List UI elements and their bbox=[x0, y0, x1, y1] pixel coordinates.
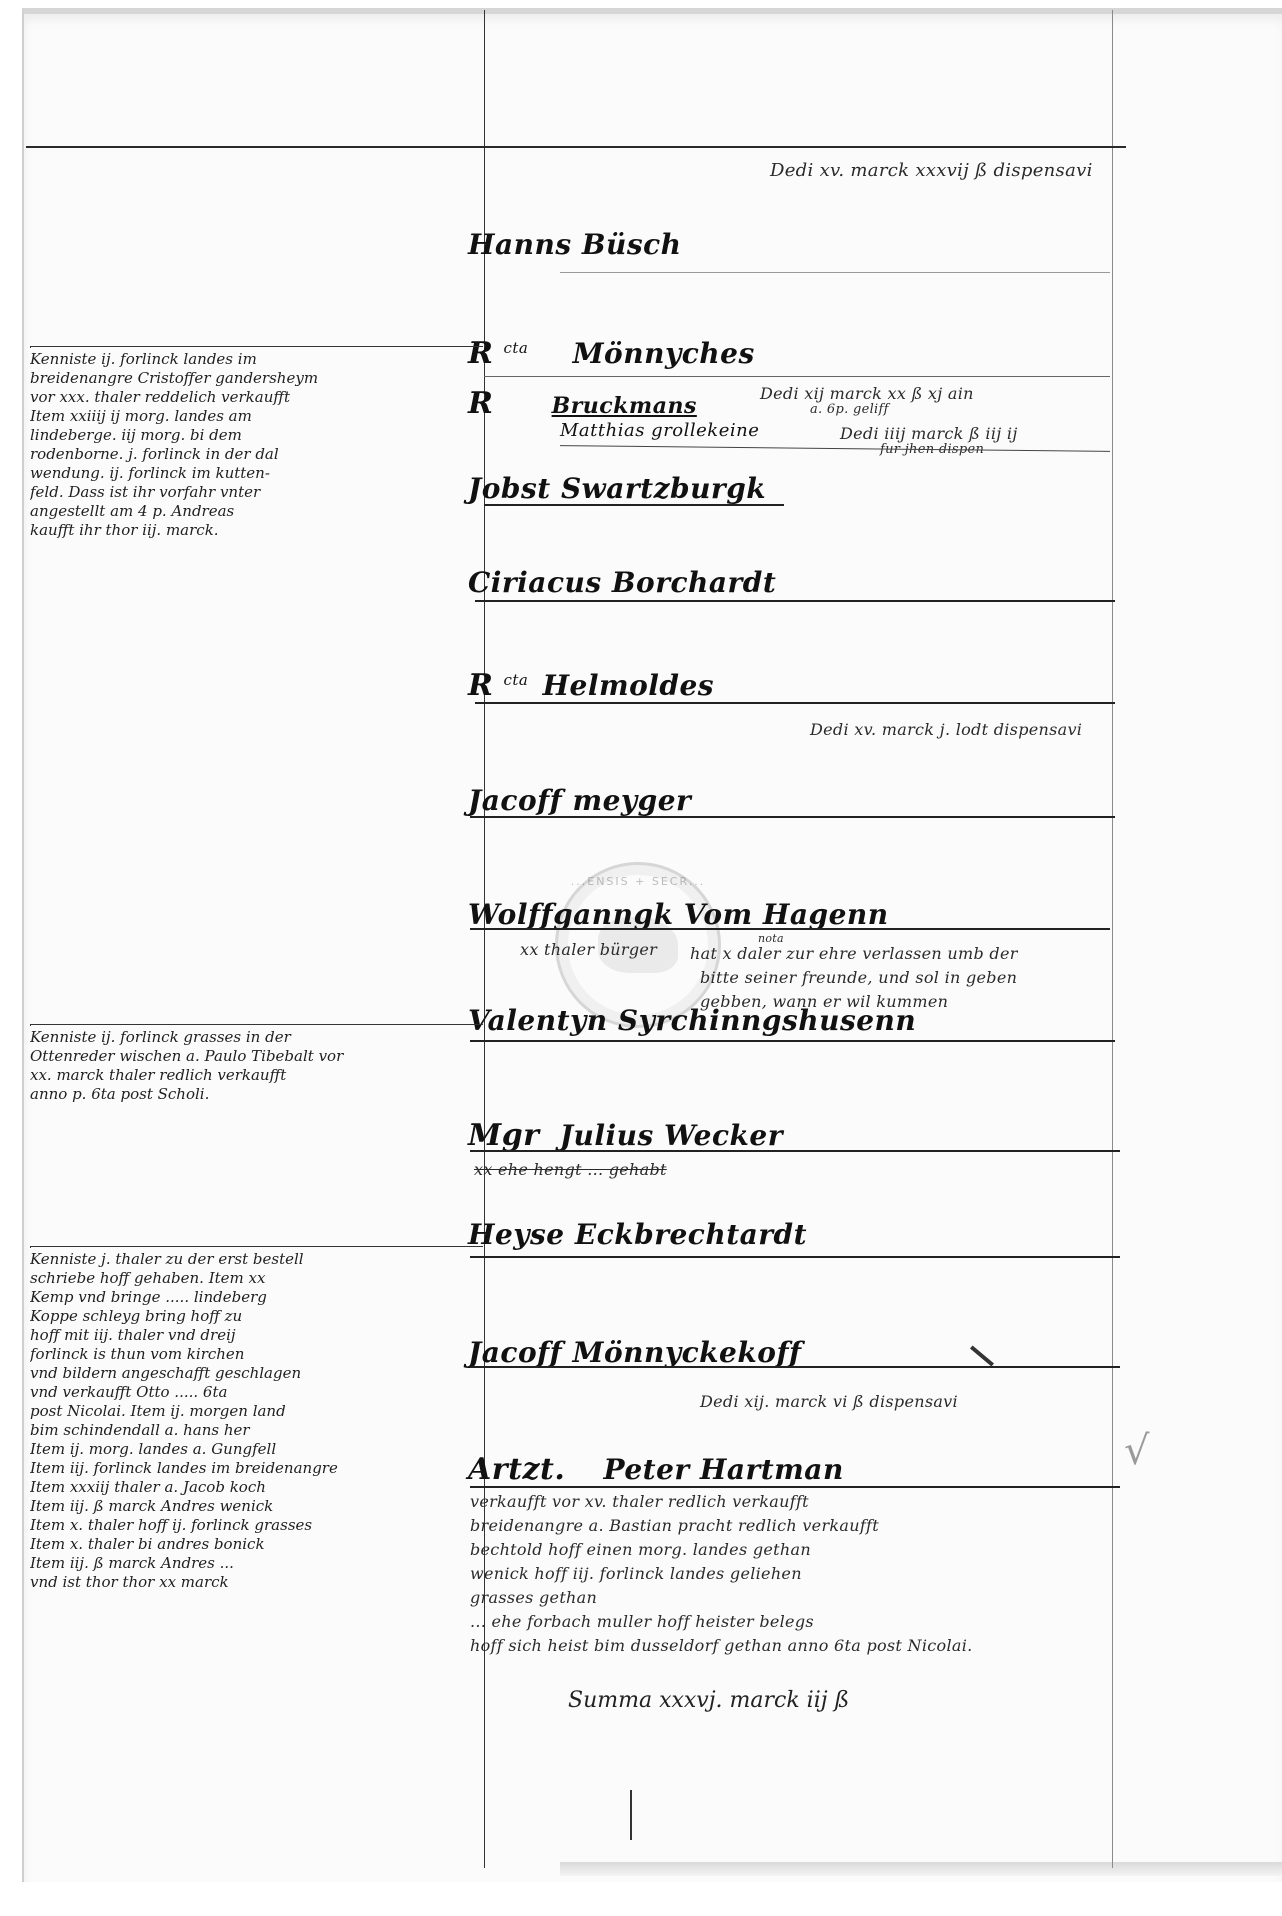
entry-name: Heyse Eckbrechtardt bbox=[468, 1218, 807, 1251]
margin-note-line: forlinck is thun vom kirchen bbox=[30, 1345, 490, 1364]
margin-note-line: Item iij. forlinck landes im breidenangr… bbox=[30, 1459, 490, 1478]
margin-note-rule bbox=[30, 1246, 483, 1248]
archive-stamp-text: ...ENSIS + SECR... bbox=[558, 875, 718, 888]
entry-name: Rcta Helmoldes bbox=[468, 668, 714, 703]
entry-note: Dedi xij marck xx ß xj ain bbox=[760, 384, 974, 403]
margin-note-line: vnd verkaufft Otto ..... 6ta bbox=[30, 1383, 490, 1402]
bottom-entry-line: ... ehe forbach muller hoff heister bele… bbox=[470, 1612, 814, 1631]
margin-note-line: hoff mit iij. thaler vnd dreij bbox=[30, 1326, 490, 1345]
entry-name-text: Valentyn Syrchinngshusenn bbox=[468, 1004, 916, 1037]
margin-note-line: schriebe hoff gehaben. Item xx bbox=[30, 1269, 490, 1288]
entry-name-text: Jacoff meyger bbox=[468, 784, 691, 817]
margin-note-line: Item ij. morg. landes a. Gungfell bbox=[30, 1440, 490, 1459]
entry-underline bbox=[470, 1040, 1115, 1042]
entry-name-text: Julius Wecker bbox=[560, 1119, 783, 1152]
entry-name-text: Matthias grollekeine bbox=[560, 420, 759, 441]
margin-note-line: rodenborne. j. forlinck in der dal bbox=[30, 445, 490, 464]
margin-note-line: Ottenreder wischen a. Paulo Tibebalt vor bbox=[30, 1047, 490, 1066]
margin-note-line: angestellt am 4 p. Andreas bbox=[30, 502, 490, 521]
margin-note-line: breidenangre Cristoffer gandersheym bbox=[30, 369, 490, 388]
entry-prefix: Mgr bbox=[468, 1118, 540, 1153]
margin-note-line: Item xxiiij ij morg. landes am bbox=[30, 407, 490, 426]
margin-note-line: Item x. thaler bi andres bonick bbox=[30, 1535, 490, 1554]
entry-underline bbox=[470, 928, 1110, 930]
entry-underline bbox=[470, 816, 1115, 818]
entry-name-text: Heyse Eckbrechtardt bbox=[468, 1218, 807, 1251]
entry-prefix-sup: cta bbox=[503, 339, 528, 357]
entry-underline bbox=[470, 1366, 1120, 1368]
entry-note: Dedi iiij marck ß iij ij bbox=[840, 424, 1018, 443]
margin-note-3: Kenniste j. thaler zu der erst bestell s… bbox=[30, 1250, 490, 1592]
check-mark-icon: √ bbox=[1124, 1428, 1150, 1474]
entry-name-text: Helmoldes bbox=[543, 669, 715, 702]
entry-underline bbox=[470, 1486, 1120, 1488]
entry-note-struck: xx ehe hengt ... gehabt bbox=[474, 1160, 667, 1179]
entry-name-text: Mönnyches bbox=[573, 337, 755, 370]
entry-name: Jacoff Mönnyckekoff bbox=[468, 1336, 802, 1369]
entry-underline bbox=[484, 376, 1110, 377]
margin-note-line: Item iij. ß marck Andres wenick bbox=[30, 1497, 490, 1516]
margin-note-1: Kenniste ij. forlinck landes im breidena… bbox=[30, 350, 490, 540]
margin-note-line: lindeberge. iij morg. bi dem bbox=[30, 426, 490, 445]
entry-underline bbox=[470, 1256, 1120, 1258]
entry-name: Artzt. Peter Hartman bbox=[468, 1452, 844, 1487]
entry-name: Matthias grollekeine bbox=[560, 420, 759, 441]
column-rule-right bbox=[1112, 10, 1113, 1868]
entry-name: Hanns Büsch bbox=[468, 228, 682, 261]
margin-note-line: kaufft ihr thor iij. marck. bbox=[30, 521, 490, 540]
margin-note-line: Kemp vnd bringe ..... lindeberg bbox=[30, 1288, 490, 1307]
bottom-entry-line: bechtold hoff einen morg. landes gethan bbox=[470, 1540, 811, 1559]
header-rule bbox=[26, 146, 1126, 148]
entry-underline bbox=[560, 272, 1110, 273]
entry-underline bbox=[475, 600, 1115, 602]
margin-note-line: Item iij. ß marck Andres ... bbox=[30, 1554, 490, 1573]
margin-note-line: post Nicolai. Item ij. morgen land bbox=[30, 1402, 490, 1421]
margin-note-line: vor xxx. thaler reddelich verkaufft bbox=[30, 388, 490, 407]
entry-name-text: Bruckmans bbox=[552, 393, 697, 419]
margin-note-rule bbox=[30, 346, 483, 348]
entry-underline bbox=[475, 702, 1115, 704]
margin-note-line: Kenniste ij. forlinck grasses in der bbox=[30, 1028, 490, 1047]
side-note-line: bitte seiner freunde, und sol in geben bbox=[700, 968, 1017, 987]
entry-underline bbox=[484, 504, 784, 506]
bottom-entry-line: hoff sich heist bim dusseldorf gethan an… bbox=[470, 1636, 973, 1655]
entry-note: Dedi xv. marck j. lodt dispensavi bbox=[810, 720, 1082, 739]
margin-note-line: Koppe schleyg bring hoff zu bbox=[30, 1307, 490, 1326]
margin-note-rule bbox=[30, 1024, 483, 1026]
margin-note-line: feld. Dass ist ihr vorfahr vnter bbox=[30, 483, 490, 502]
top-note: Dedi xv. marck xxxvij ß dispensavi bbox=[770, 160, 1093, 181]
margin-note-line: vnd bildern angeschafft geschlagen bbox=[30, 1364, 490, 1383]
entry-prefix-sup: cta bbox=[503, 671, 528, 689]
entry-name-text: Jobst Swartzburgk bbox=[468, 472, 766, 505]
entry-name-text: Ciriacus Borchardt bbox=[468, 566, 776, 599]
entry-note: xx thaler bürger bbox=[520, 940, 657, 959]
margin-note-line: vnd ist thor thor xx marck bbox=[30, 1573, 490, 1592]
margin-note-line: Item xxxiij thaler a. Jacob koch bbox=[30, 1478, 490, 1497]
entry-note-secondary: a. 6p. geliff bbox=[810, 402, 889, 417]
entry-name-text: Peter Hartman bbox=[604, 1453, 844, 1486]
entry-name-text: Hanns Büsch bbox=[468, 228, 682, 261]
margin-note-line: Item x. thaler hoff ij. forlinck grasses bbox=[30, 1516, 490, 1535]
margin-note-line: wendung. ij. forlinck im kutten- bbox=[30, 464, 490, 483]
bottom-entry-line: breidenangre a. Bastian pracht redlich v… bbox=[470, 1516, 879, 1535]
bottom-entry-line: wenick hoff iij. forlinck landes geliehe… bbox=[470, 1564, 802, 1583]
margin-note-line: Kenniste j. thaler zu der erst bestell bbox=[30, 1250, 490, 1269]
side-note-line: hat x daler zur ehre verlassen umb der bbox=[690, 944, 1018, 963]
margin-note-2: Kenniste ij. forlinck grasses in der Ott… bbox=[30, 1028, 490, 1104]
entry-name: Ciriacus Borchardt bbox=[468, 566, 776, 599]
entry-name-text: Jacoff Mönnyckekoff bbox=[468, 1336, 802, 1369]
entry-name: Rcta Mönnyches bbox=[468, 336, 755, 371]
entry-name-text: Wolffganngk Vom Hagenn bbox=[468, 898, 889, 931]
page-edge-shadow bbox=[560, 1862, 1282, 1876]
margin-note-line: anno p. 6ta post Scholi. bbox=[30, 1085, 490, 1104]
entry-name: Jacoff meyger bbox=[468, 784, 691, 817]
entry-name: Wolffganngk Vom Hagenn bbox=[468, 898, 889, 931]
entry-underline bbox=[470, 1150, 1120, 1152]
margin-note-line: bim schindendall a. hans her bbox=[30, 1421, 490, 1440]
entry-name: R Bruckmans bbox=[468, 386, 697, 421]
entry-prefix: R bbox=[468, 668, 493, 703]
entry-name: Valentyn Syrchinngshusenn bbox=[468, 1004, 916, 1037]
margin-note-line: xx. marck thaler redlich verkaufft bbox=[30, 1066, 490, 1085]
entry-name: Mgr Julius Wecker bbox=[468, 1118, 783, 1153]
ink-stroke bbox=[630, 1790, 632, 1840]
bottom-entry-line: verkaufft vor xv. thaler redlich verkauf… bbox=[470, 1492, 809, 1511]
entry-note: Dedi xij. marck vi ß dispensavi bbox=[700, 1392, 958, 1411]
sum-total: Summa xxxvj. marck iij ß bbox=[568, 1688, 849, 1713]
entry-name: Jobst Swartzburgk bbox=[468, 472, 766, 505]
margin-note-line: Kenniste ij. forlinck landes im bbox=[30, 350, 490, 369]
